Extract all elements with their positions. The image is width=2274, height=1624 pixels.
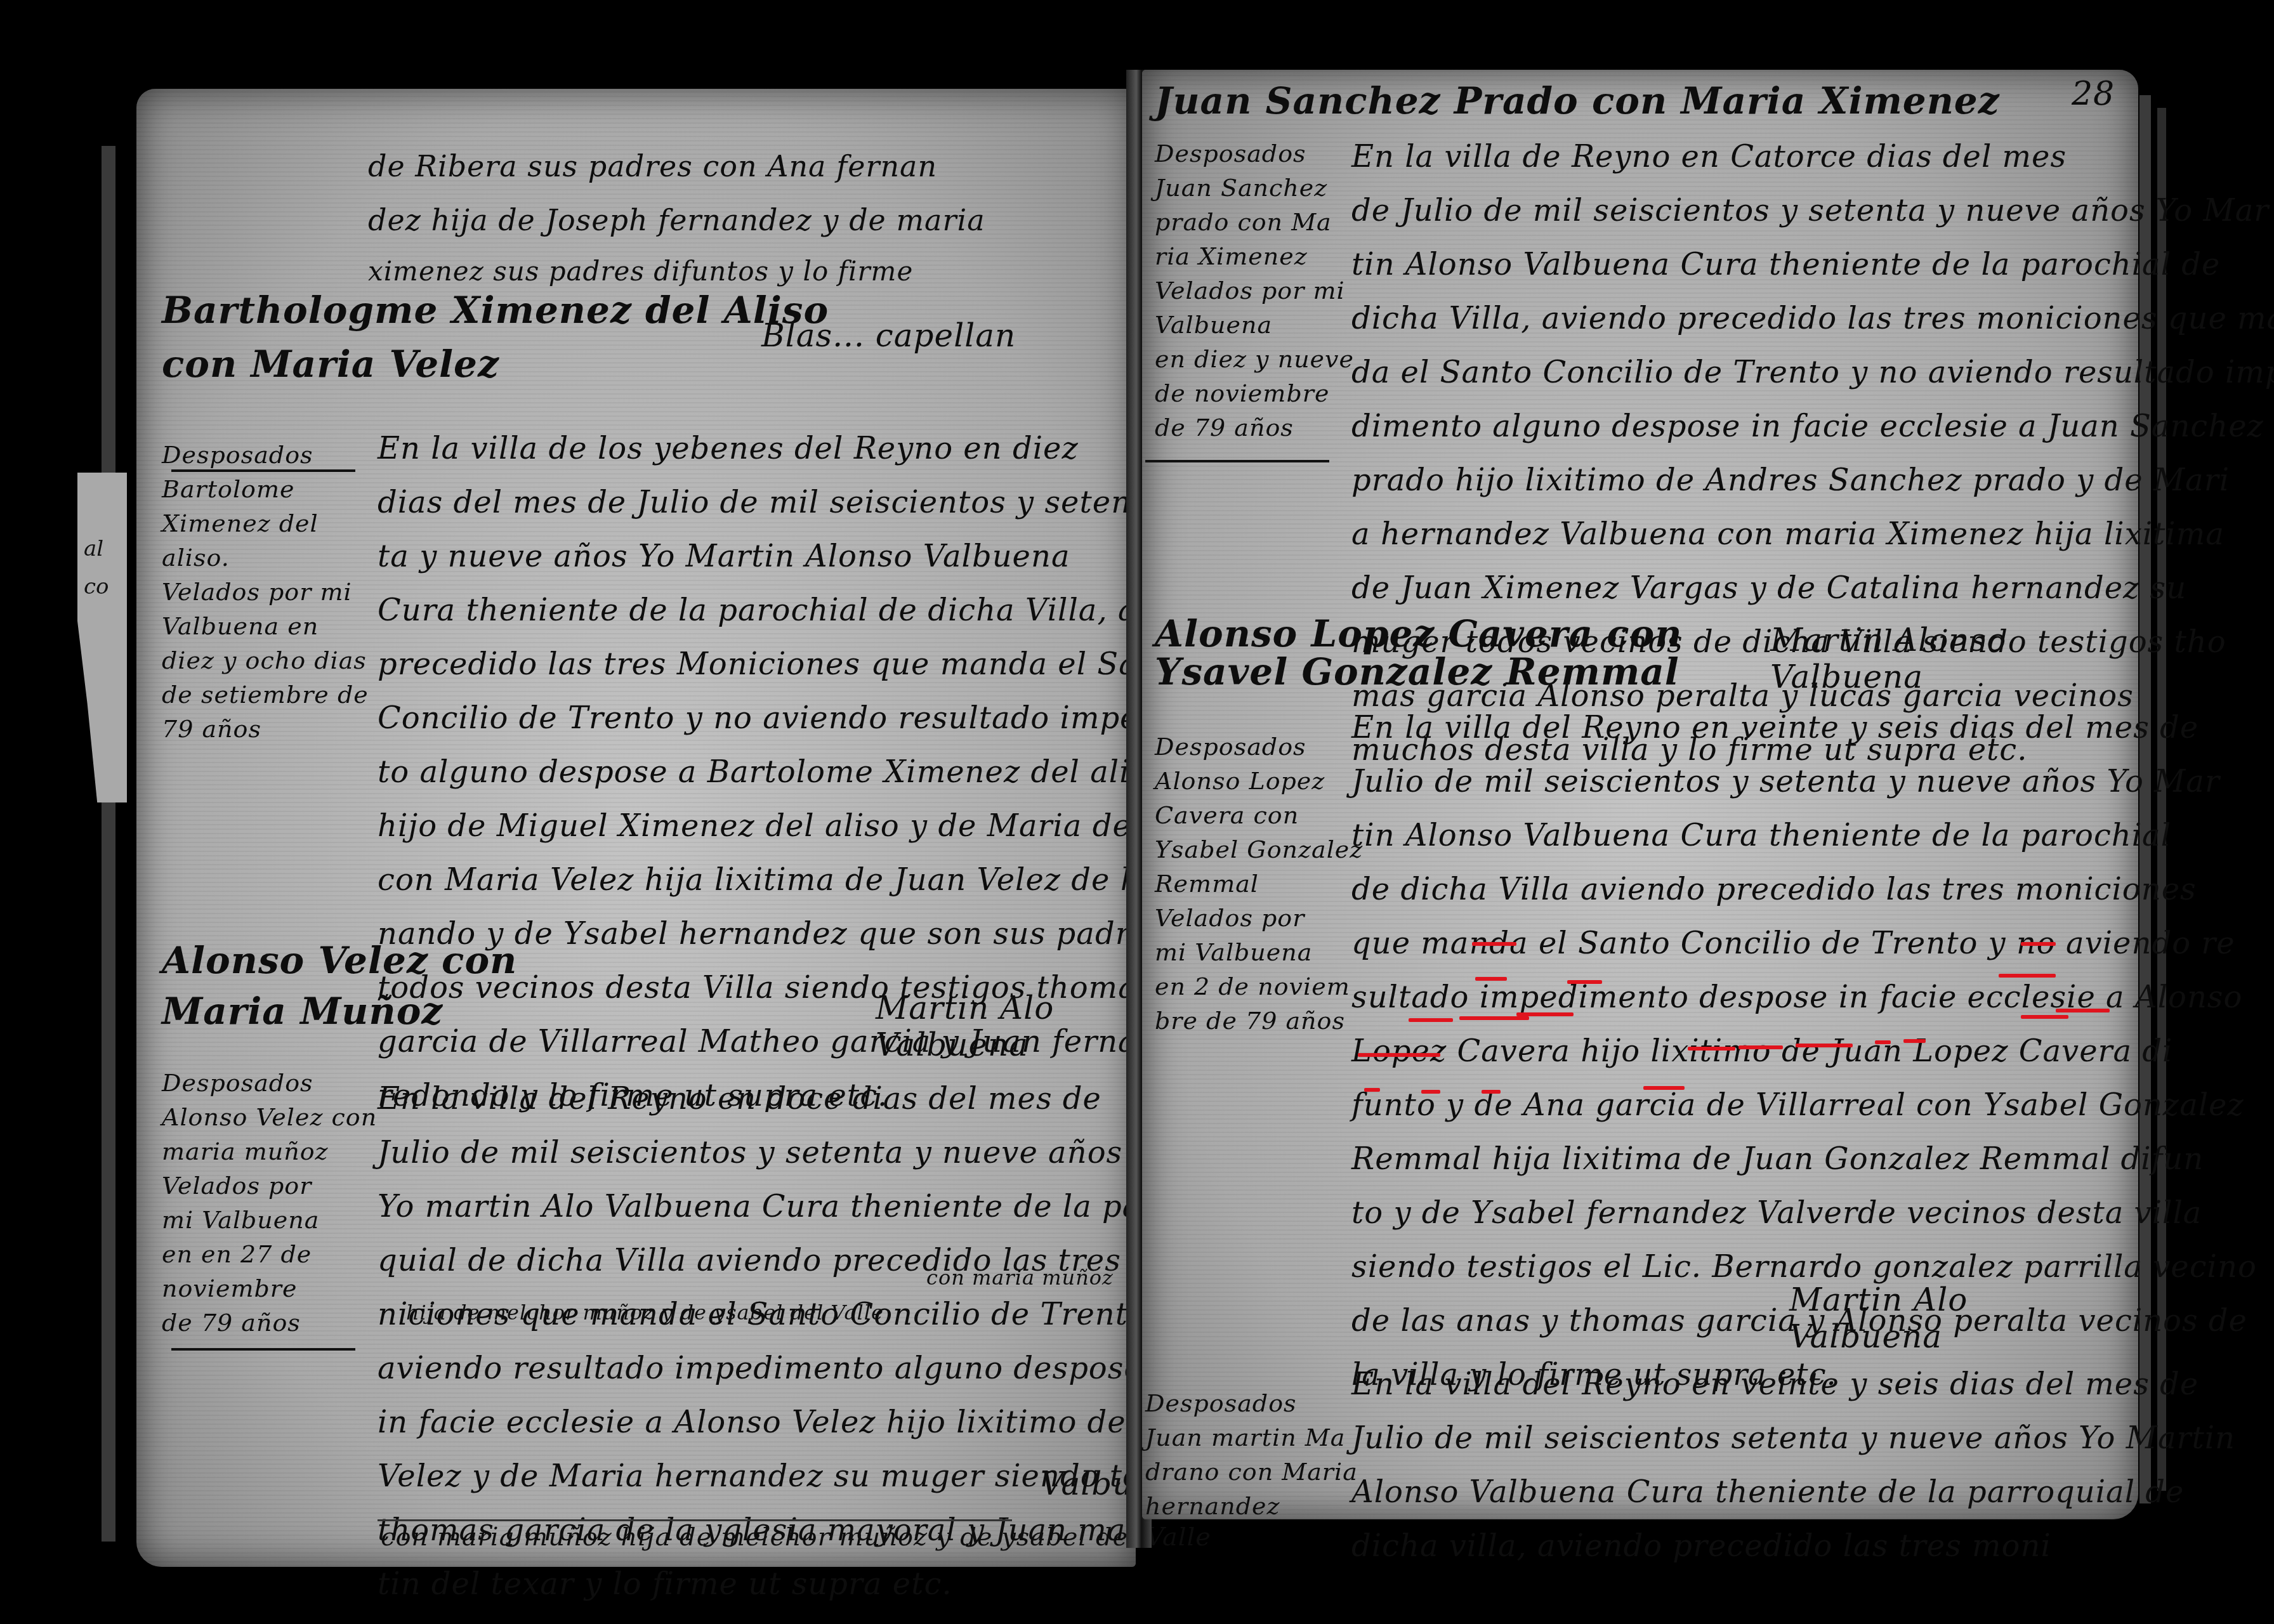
red-underline	[1999, 974, 2056, 978]
red-underline	[1796, 1044, 1853, 1047]
margin-note-line: Valbuena en	[162, 609, 378, 643]
body-line: tin Alonso Valbuena Cura theniente de la…	[1351, 809, 2257, 863]
body-line: Remmal hija lixitima de Juan Gonzalez Re…	[1351, 1132, 2257, 1186]
body-line: tin Alonso Valbuena Cura theniente de la…	[1351, 238, 2274, 292]
book-edge-left	[102, 146, 115, 1542]
red-underline	[1358, 1053, 1440, 1057]
red-underline	[2056, 1009, 2110, 1012]
body-line: Alonso Valbuena Cura theniente de la par…	[1351, 1465, 2235, 1519]
body-line: funto y de Ana garcia de Villarreal con …	[1351, 1078, 2257, 1132]
margin-note-line: de 79 años	[1155, 410, 1345, 445]
body-line: a hernandez Valbuena con maria Ximenez h…	[1351, 507, 2274, 561]
divider	[378, 1519, 1012, 1521]
margin-note-line: noviembre	[162, 1271, 378, 1306]
entry-body: En la villa de los yebenes del Reyno en …	[378, 422, 1243, 1123]
margin-note-line: Ximenez del	[162, 506, 378, 540]
divider	[171, 469, 355, 472]
margin-note-line: maria muñoz	[162, 1134, 378, 1169]
red-underline	[1903, 1039, 1926, 1043]
red-underline	[1475, 977, 1507, 981]
red-underline	[1516, 1012, 1574, 1016]
body-line: to y de Ysabel fernandez Valverde vecino…	[1351, 1186, 2257, 1240]
margin-note-line: de setiembre de	[162, 678, 378, 712]
margin-note-line: en diez y nueve	[1155, 342, 1345, 376]
body-line: con Maria Velez hija lixitima de Juan Ve…	[378, 853, 1243, 907]
signature-line: Martin Alo	[1789, 1281, 1968, 1318]
margin-note-line: Juan martin Ma	[1145, 1420, 1336, 1455]
paper-tab	[77, 473, 127, 802]
margin-note: DesposadosAlonso Velez conmaria muñozVel…	[162, 1066, 378, 1340]
margin-note-line: en 2 de noviem	[1155, 969, 1345, 1004]
margin-note-line: de 79 años	[162, 1306, 378, 1340]
margin-note-line: drano con Maria	[1145, 1455, 1336, 1489]
body-line: garcia de Villarreal Matheo garcia y Jua…	[378, 1015, 1243, 1069]
margin-note-line: ria Ximenez	[1155, 239, 1345, 273]
margin-note: DesposadosJuan Sanchezprado con Maria Xi…	[1155, 136, 1345, 445]
body-line: tin del texar y lo firme ut supra etc.	[378, 1557, 1244, 1611]
red-underline	[1738, 1045, 1783, 1049]
body-line: En la villa del Reyno en veinte y seis d…	[1351, 1358, 2235, 1411]
margin-note-line: Alonso Lopez	[1155, 764, 1345, 798]
body-line: ta y nueve años Yo Martin Alonso Valbuen…	[378, 530, 1243, 584]
margin-note-line: Velados por	[1155, 901, 1345, 935]
body-line: da el Santo Concilio de Trento y no avie…	[1351, 346, 2274, 400]
entry-title: Juan Sanchez Prado con Maria Ximenez	[1155, 79, 2000, 122]
signature: Martin AloValbuena	[876, 990, 1054, 1063]
entry-title: Maria Muñoz	[162, 990, 443, 1033]
margin-note-line: Desposados	[162, 1066, 378, 1100]
body-line: to alguno despose a Bartolome Ximenez de…	[378, 745, 1243, 799]
scan-background: al co de Ribera sus padres con Ana ferna…	[0, 0, 2274, 1624]
red-underline	[1688, 1047, 1735, 1051]
body-line: Julio de mil seiscientos setenta y nueve…	[1351, 1411, 2235, 1465]
margin-note-line: hernandez	[1145, 1489, 1336, 1523]
margin-note-line: Velados por mi	[162, 575, 378, 609]
margin-note-line: Desposados	[1155, 136, 1345, 171]
body-line: Julio de mil seiscientos y setenta y nue…	[1351, 755, 2257, 809]
body-line: dimento alguno despose in facie ecclesie…	[1351, 400, 2274, 454]
red-underline	[1459, 1016, 1529, 1020]
body-line: dicha villa, aviendo precedido las tres …	[1351, 1519, 2235, 1573]
body-line: de dicha Villa aviendo precedido las tre…	[1351, 863, 2257, 917]
margin-note-line: mi Valbuena	[1155, 935, 1345, 969]
margin-note-line: Remmal	[1155, 867, 1345, 901]
margin-note-line: bre de 79 años	[1155, 1004, 1345, 1038]
signature-line: Martin Alo	[876, 990, 1054, 1026]
margin-note: DesposadosBartolomeXimenez delaliso.Vela…	[162, 438, 378, 746]
margin-note-line: Bartolome	[162, 472, 378, 506]
body-line: in facie ecclesie a Alonso Velez hijo li…	[378, 1396, 1244, 1450]
margin-note-line: Valbuena	[1155, 308, 1345, 342]
margin-note-line: 79 años	[162, 712, 378, 746]
margin-note-line: mi Valbuena	[162, 1203, 378, 1237]
margin-note-line: Alonso Velez con	[162, 1100, 378, 1134]
body-line: Yo martin Alo Valbuena Cura theniente de…	[378, 1180, 1244, 1234]
red-underline	[1643, 1086, 1685, 1090]
signature: Martin AloValbuena	[1789, 1281, 1968, 1355]
signature: Martin AlonsoValbuena	[1770, 622, 2006, 695]
body-line: quial de dicha Villa aviendo precedido l…	[378, 1234, 1244, 1288]
body-line: Concilio de Trento y no aviendo resultad…	[378, 691, 1243, 745]
margin-note-line: Velados por	[162, 1169, 378, 1203]
margin-note-line: Desposados	[1145, 1386, 1336, 1420]
body-line: aviendo resultado impedimento alguno des…	[378, 1342, 1244, 1396]
margin-note-line: aliso.	[162, 540, 378, 575]
entry-title: Ysavel Gonzalez Remmal	[1155, 650, 1679, 693]
body-line: precedido las tres Moniciones que manda …	[378, 638, 1243, 691]
red-underline	[1409, 1018, 1453, 1022]
interlinear-note: hija de melchor muñoz y de ysabel del Va…	[406, 1300, 884, 1325]
divider	[1145, 460, 1329, 462]
margin-note-line: Cavera con	[1155, 798, 1345, 832]
red-underline	[1875, 1040, 1891, 1044]
red-underline	[1421, 1090, 1440, 1094]
margin-note-line: Desposados	[162, 438, 378, 472]
entry-title: Barthologme Ximenez del Aliso	[162, 289, 829, 332]
signature-line: Valbuena	[1789, 1318, 1968, 1355]
margin-note-line: de noviembre	[1155, 376, 1345, 410]
margin-note-line: Desposados	[1155, 730, 1345, 764]
entry-title: con Maria Velez	[162, 343, 499, 386]
margin-note-line: Ysabel Gonzalez	[1155, 832, 1345, 867]
red-underline	[2021, 1015, 2068, 1019]
body-line: de Juan Ximenez Vargas y de Catalina her…	[1351, 561, 2274, 615]
red-underline	[1482, 1090, 1501, 1094]
entry-body: En la villa del Reyno en veinte y seis d…	[1351, 1358, 2235, 1573]
body-line: Lopez Cavera hijo lixitimo de Juan Lopez…	[1351, 1025, 2257, 1078]
red-underline	[2021, 942, 2056, 946]
divider	[171, 1348, 355, 1351]
body-line: En la villa del Reyno en doce dias del m…	[378, 1072, 1244, 1126]
margin-note-line: Juan Sanchez	[1155, 171, 1345, 205]
margin-note-line: diez y ocho dias	[162, 643, 378, 678]
margin-note-line: en en 27 de	[162, 1237, 378, 1271]
tab-text: al	[84, 536, 103, 561]
signature-line: Valbuena	[1770, 658, 2006, 695]
footer-line: con maria muñoz hija de melchor muñoz y …	[381, 1522, 1211, 1552]
red-underline	[1472, 942, 1516, 946]
body-line: prado hijo lixitimo de Andres Sanchez pr…	[1351, 454, 2274, 507]
entry-title: Alonso Velez con	[162, 939, 517, 982]
page-number: 28	[2072, 75, 2115, 113]
fragment-line: de Ribera sus padres con Ana fernan	[368, 140, 937, 193]
body-line: Julio de mil seiscientos y setenta y nue…	[378, 1126, 1244, 1180]
body-line: dias del mes de Julio de mil seiscientos…	[378, 476, 1243, 530]
red-underline	[1364, 1088, 1380, 1092]
fragment-line: dez hija de Joseph fernandez y de maria	[368, 193, 985, 247]
signature-line: Valbuena	[876, 1026, 1054, 1063]
body-line: En la villa del Reyno en veinte y seis d…	[1351, 701, 2257, 755]
entry-title: Alonso Lopez Cavera con	[1155, 612, 1682, 655]
signature-line: Martin Alonso	[1770, 622, 2006, 658]
margin-note-line: prado con Ma	[1155, 205, 1345, 239]
interlinear-note: con maria muñoz	[926, 1266, 1114, 1290]
body-line: dicha Villa, aviendo precedido las tres …	[1351, 292, 2274, 346]
tab-text: co	[84, 574, 109, 599]
margin-note-line: Velados por mi	[1155, 273, 1345, 308]
body-line: Cura theniente de la parochial de dicha …	[378, 584, 1243, 638]
body-line: En la villa de Reyno en Catorce dias del…	[1351, 130, 2274, 184]
margin-note: DesposadosAlonso LopezCavera conYsabel G…	[1155, 730, 1345, 1038]
body-line: de Julio de mil seiscientos y setenta y …	[1351, 184, 2274, 238]
body-line: hijo de Miguel Ximenez del aliso y de Ma…	[378, 799, 1243, 853]
margin-note: DesposadosJuan martin Madrano con Mariah…	[1145, 1386, 1336, 1523]
red-underline	[1567, 980, 1602, 984]
body-line: En la villa de los yebenes del Reyno en …	[378, 422, 1243, 476]
